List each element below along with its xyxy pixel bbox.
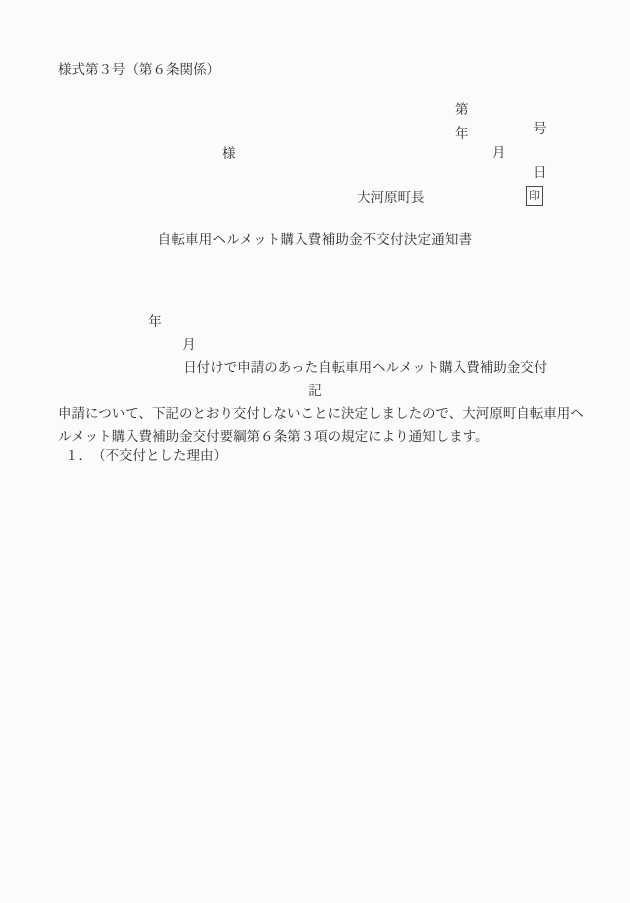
- sender-title: 大河原町長: [357, 188, 425, 208]
- addressee-honorific: 様: [222, 144, 236, 164]
- date-line: 年 月 日: [0, 104, 14, 202]
- doc-number-suffix: 号: [533, 119, 547, 139]
- doc-number-prefix: 第: [455, 100, 469, 120]
- reason-item: １． （不交付とした理由）: [65, 446, 227, 466]
- body-year-label: 年: [148, 314, 162, 329]
- date-month-label: 月: [492, 143, 506, 163]
- document-page: 様式第３号（第６条関係） 第 号 年 月 日 様 大河原町長 印 自転車用ヘルメ…: [0, 0, 630, 903]
- body-line-3: ルメット購入費補助金交付要綱第６条第３項の規定により通知します。: [58, 425, 576, 448]
- body-month-label: 月: [182, 333, 196, 356]
- seal-box: 印: [526, 186, 543, 206]
- body-line1-rest: 日付けで申請のあった自転車用ヘルメット購入費補助金交付: [183, 356, 547, 379]
- body-line-2: 申請について、下記のとおり交付しないことに決定しましたので、大河原町自転車用ヘ: [58, 402, 576, 425]
- record-heading: 記: [0, 381, 630, 401]
- document-title: 自転車用ヘルメット購入費補助金不交付決定通知書: [0, 230, 630, 250]
- form-number-label: 様式第３号（第６条関係）: [58, 60, 220, 80]
- date-day-label: 日: [533, 163, 547, 183]
- seal-label: 印: [529, 191, 540, 202]
- date-year-label: 年: [455, 124, 469, 144]
- body-paragraph: 年 月 日付けで申請のあった自転車用ヘルメット購入費補助金交付 申請について、下…: [58, 287, 576, 448]
